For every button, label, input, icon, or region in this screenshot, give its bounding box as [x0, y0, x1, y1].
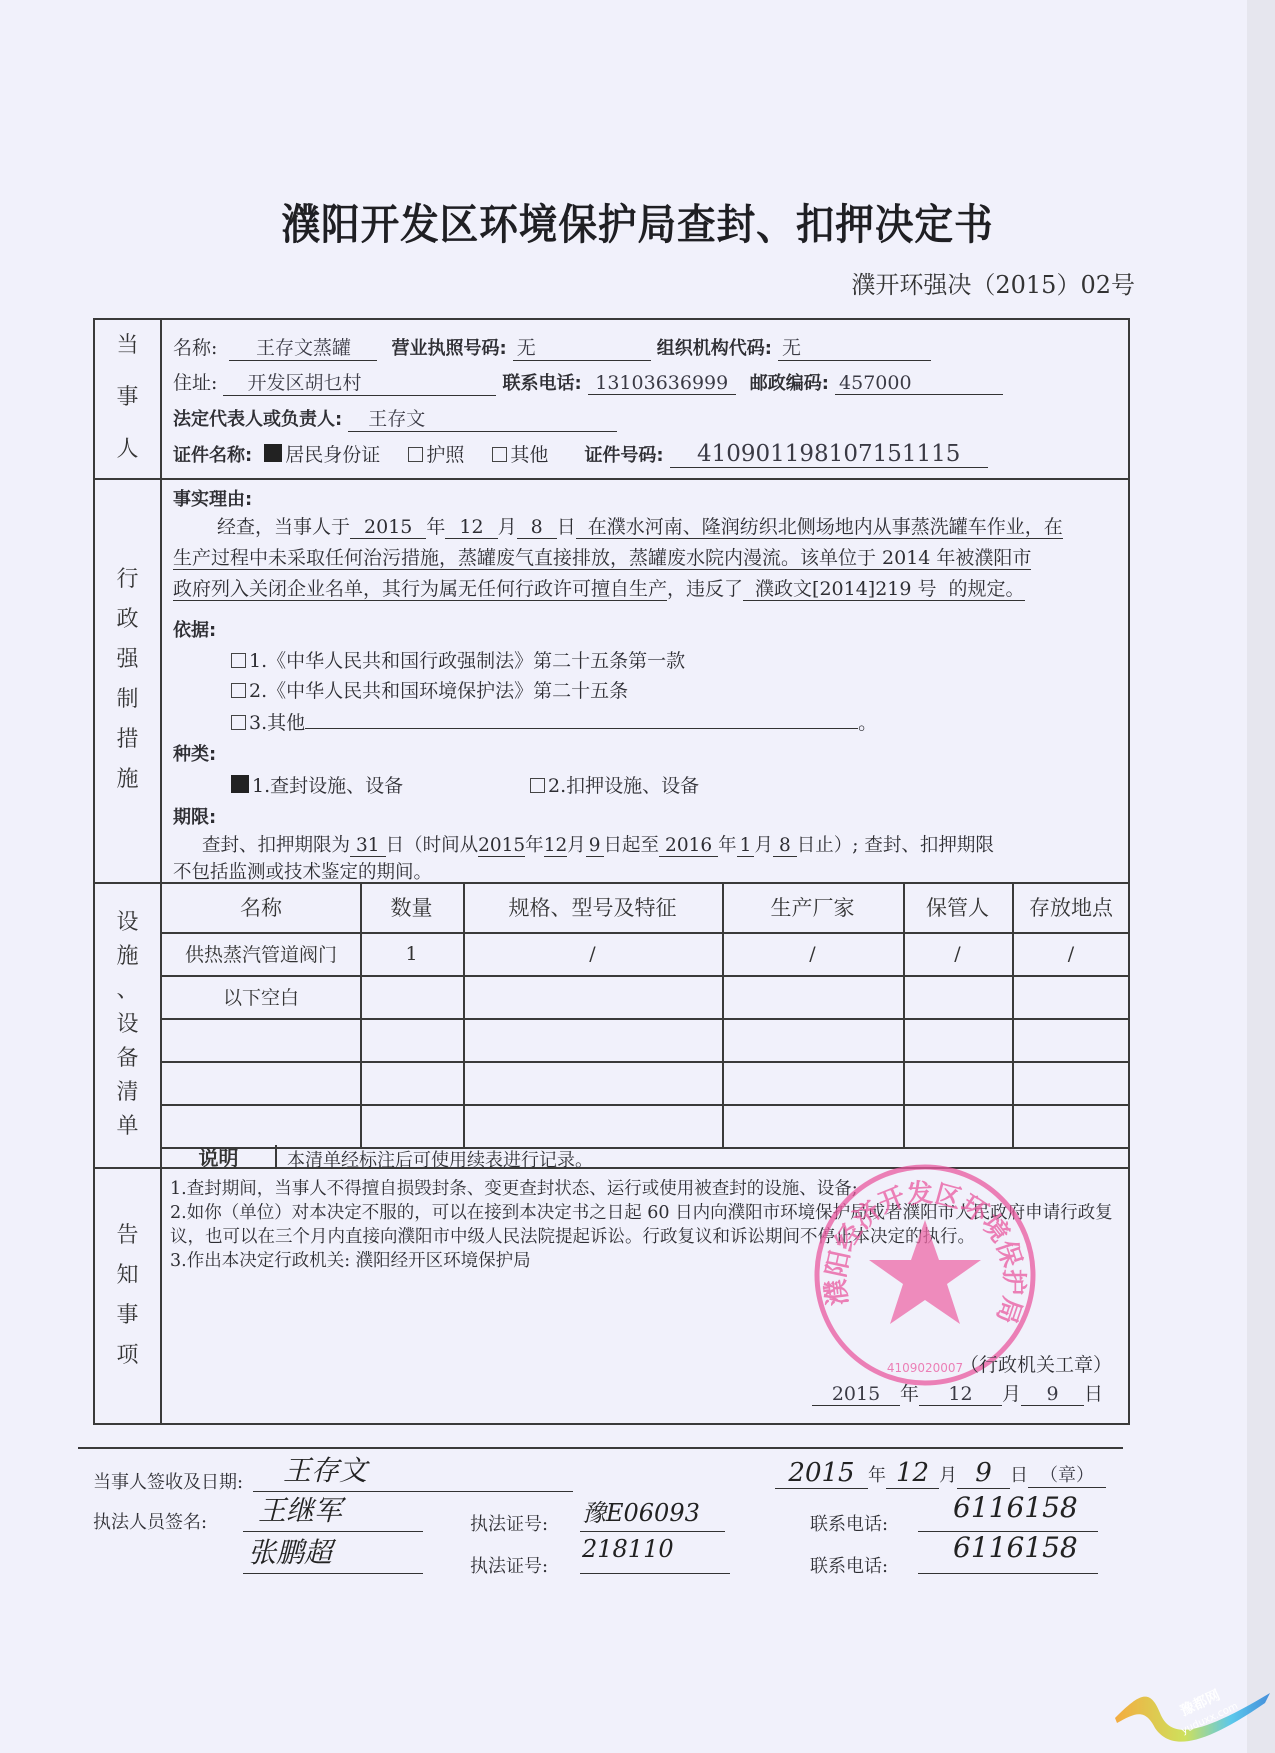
- section-label-notice: 告 知 事 项: [95, 1167, 160, 1425]
- date-unit: 月: [939, 1465, 957, 1486]
- date-unit: 年: [900, 1383, 919, 1405]
- notice-date-year: 2015: [812, 1383, 900, 1406]
- receipt-year: 2015: [775, 1458, 868, 1489]
- table-cell: [463, 1018, 722, 1061]
- table-cell: [903, 1104, 1012, 1147]
- facts-text: 生产过程中未采取任何治污措施，蒸罐废气直接排放，蒸罐废水院内漫流。该单位于 20…: [173, 547, 1031, 570]
- label-char: 施: [116, 940, 138, 974]
- party-name-row: 名称: 王存文蒸罐 营业执照号码: 无 组织机构代码: 无: [173, 333, 931, 361]
- term-to-day: 8: [773, 835, 797, 857]
- id-type-option[interactable]: 居民身份证: [264, 444, 380, 466]
- table-cell: [722, 975, 903, 1018]
- license-field: 无: [513, 333, 651, 361]
- basis-heading: 依据:: [173, 616, 216, 642]
- option-label: 护照: [426, 444, 464, 466]
- table-cell: 以下空白: [162, 975, 360, 1018]
- option-label: 2.扣押设施、设备: [548, 775, 699, 797]
- facts-line-3: 政府列入关闭企业名单，其行为属无任何行政许可擅自生产，违反了濮政文[2014]2…: [173, 574, 1123, 605]
- column-divider: [463, 882, 465, 1147]
- seal-code: 4109020007: [887, 1361, 963, 1375]
- cert-label: 执法证号:: [470, 1552, 548, 1578]
- label-char: 清: [116, 1076, 138, 1110]
- term-to-month: 1: [737, 835, 755, 857]
- footer-rule: [78, 1447, 1123, 1449]
- section-divider: [93, 478, 1130, 480]
- table-cell: [722, 1018, 903, 1061]
- receipt-signature: 王存文: [283, 1449, 367, 1489]
- facts-year: 2015: [350, 516, 426, 539]
- facts-text: 年: [426, 516, 445, 538]
- label-char: 人: [116, 424, 138, 476]
- receipt-label: 当事人签收及日期:: [93, 1468, 243, 1494]
- name-label: 名称:: [173, 337, 217, 359]
- cert-number: 218110: [582, 1535, 674, 1563]
- address-label: 住址:: [173, 372, 217, 394]
- facts-text: 的规定。: [949, 578, 1025, 601]
- label-char: 事: [116, 1296, 138, 1336]
- table-cell: [162, 1104, 360, 1147]
- notice-date-month: 12: [919, 1383, 1002, 1406]
- label-char: 施: [116, 760, 138, 800]
- date-unit: 年: [868, 1465, 886, 1486]
- checkbox-icon: [231, 683, 246, 698]
- table-cell: [162, 1018, 360, 1061]
- document-number: 濮开环强决（2015）02号: [851, 265, 1135, 300]
- checkbox-icon: [408, 447, 423, 462]
- officer-signature-field[interactable]: 张鹏超: [243, 1537, 423, 1574]
- phone-label: 联系电话:: [503, 373, 582, 394]
- org-code-field: 无: [778, 333, 931, 361]
- facts-regulation: 濮政文[2014]219 号: [743, 578, 948, 601]
- facts-paragraph: 经查，当事人于2015年12月8日在濮水河南、隆润纺织北侧场地内从事蒸洗罐车作业…: [173, 512, 1123, 605]
- receipt-date: 2015年12月9日（章）: [775, 1458, 1106, 1489]
- term-text: 查封、扣押期限为: [202, 835, 350, 856]
- checkbox-checked-icon: [264, 444, 282, 462]
- legal-rep-label: 法定代表人或负责人:: [173, 409, 342, 430]
- option-label: 居民身份证: [285, 444, 380, 466]
- table-cell: /: [1012, 932, 1130, 975]
- table-cell: 供热蒸汽管道阀门: [162, 932, 360, 975]
- officer-phone: 6116158: [953, 1491, 1078, 1524]
- phone-label: 联系电话:: [810, 1552, 888, 1578]
- column-header: 数量: [360, 882, 463, 932]
- facts-day: 8: [517, 516, 557, 539]
- type-option[interactable]: 1.查封设施、设备: [231, 771, 403, 798]
- receipt-month: 12: [886, 1458, 939, 1489]
- label-char: 当: [116, 320, 138, 372]
- officer-signature-field[interactable]: 王继军: [243, 1495, 423, 1532]
- label-column-divider: [160, 318, 162, 1425]
- term-line-2: 不包括监测或技术鉴定的期间。: [173, 858, 432, 884]
- label-char: 强: [116, 640, 138, 680]
- option-label: 1.《中华人民共和国行政强制法》第二十五条第一款: [249, 650, 685, 672]
- table-cell: [360, 1018, 463, 1061]
- cert-label: 执法证号:: [470, 1510, 548, 1536]
- column-header: 保管人: [903, 882, 1012, 932]
- table-cell: [722, 1104, 903, 1147]
- term-days: 31: [350, 835, 386, 857]
- label-char: 措: [116, 720, 138, 760]
- table-cell: [360, 1061, 463, 1104]
- section-label-measures: 行 政 强 制 措 施: [95, 478, 160, 882]
- term-line-1: 查封、扣押期限为31日（时间从2015年12月9日起至2016年1月8日止）; …: [202, 831, 994, 857]
- checkbox-icon: [492, 447, 507, 462]
- term-heading: 期限:: [173, 803, 216, 829]
- table-cell: [1012, 1061, 1130, 1104]
- column-header: 存放地点: [1012, 882, 1130, 932]
- cert-number: 豫E06093: [582, 1493, 700, 1528]
- facts-text: 在濮水河南、隆润纺织北侧场地内从事蒸洗罐车作业，在: [576, 516, 1063, 539]
- cert-field[interactable]: 218110: [580, 1539, 730, 1574]
- id-number-label: 证件号码:: [584, 445, 663, 466]
- facts-text: 政府列入关闭企业名单，其行为属无任何行政许可擅自生产: [173, 578, 667, 601]
- receipt-seal-mark: （章）: [1028, 1461, 1106, 1488]
- table-cell: /: [463, 932, 722, 975]
- checkbox-icon: [530, 778, 545, 793]
- column-divider: [722, 882, 724, 1147]
- checkbox-icon: [231, 715, 246, 730]
- facts-text: 月: [498, 516, 517, 538]
- term-text: 月: [754, 835, 773, 856]
- basis-option[interactable]: 2.《中华人民共和国环境保护法》第二十五条: [231, 676, 628, 703]
- address-field: 开发区胡乜村: [223, 368, 496, 396]
- table-cell: [360, 1104, 463, 1147]
- postcode-label: 邮政编码:: [750, 373, 829, 394]
- basis-option[interactable]: 3.其他。: [231, 706, 877, 735]
- option-label: 1.查封设施、设备: [252, 775, 403, 797]
- party-address-row: 住址: 开发区胡乜村 联系电话: 13103636999 邮政编码: 45700…: [173, 368, 1003, 396]
- column-divider: [1012, 882, 1014, 1147]
- postcode-field: 457000: [835, 372, 1003, 395]
- cert-field[interactable]: 豫E06093: [580, 1497, 725, 1532]
- table-cell: [463, 1104, 722, 1147]
- facts-heading: 事实理由:: [173, 485, 252, 511]
- section-label-party: 当 事 人: [95, 318, 160, 478]
- id-type-option[interactable]: 护照: [408, 444, 464, 466]
- facts-text: 日: [557, 516, 576, 538]
- receipt-signature-field[interactable]: 王存文: [253, 1455, 573, 1492]
- table-cell: 1: [360, 932, 463, 975]
- facts-text: 经查，当事人于: [217, 516, 350, 538]
- basis-other-field[interactable]: [305, 706, 858, 729]
- scan-page-edge: [1247, 0, 1275, 1753]
- facts-line-1: 经查，当事人于2015年12月8日在濮水河南、隆润纺织北侧场地内从事蒸洗罐车作业…: [173, 512, 1123, 543]
- term-text: 日止）; 查封、扣押期限: [797, 835, 994, 856]
- phone-label: 联系电话:: [810, 1510, 888, 1536]
- table-cell: [722, 1061, 903, 1104]
- id-number-field: 410901198107151115: [670, 441, 988, 468]
- section-label-equipment: 设 施 、 设 备 清 单: [95, 882, 160, 1167]
- table-cell: [162, 1061, 360, 1104]
- term-text: 年: [718, 835, 737, 856]
- id-type-option[interactable]: 其他: [492, 444, 548, 466]
- column-header: 规格、型号及特征: [463, 882, 722, 932]
- officer-phone: 6116158: [953, 1531, 1078, 1564]
- term-text: 日起至: [604, 835, 660, 856]
- legal-rep-field: 王存文: [348, 404, 617, 432]
- party-id-row: 证件名称: 居民身份证 护照 其他 证件号码: 4109011981071511…: [173, 440, 988, 468]
- date-unit: 日: [1084, 1383, 1103, 1405]
- term-text: 年: [525, 835, 544, 856]
- basis-option[interactable]: 1.《中华人民共和国行政强制法》第二十五条第一款: [231, 646, 685, 673]
- site-watermark-logo-icon: 豫都网 yuduxx.com: [1105, 1658, 1275, 1753]
- checkbox-checked-icon: [231, 775, 249, 793]
- officer-signature: 张鹏超: [248, 1531, 332, 1571]
- license-label: 营业执照号码:: [392, 338, 507, 359]
- table-cell: [903, 1018, 1012, 1061]
- label-char: 知: [116, 1256, 138, 1296]
- column-header: 名称: [162, 882, 360, 932]
- label-char: 单: [116, 1110, 138, 1144]
- term-to-year: 2016: [659, 835, 718, 857]
- label-char: 告: [116, 1216, 138, 1256]
- table-cell: [1012, 1104, 1130, 1147]
- option-label: 其他: [510, 444, 548, 466]
- notice-date: 2015年12月9日: [812, 1379, 1103, 1406]
- table-cell: [903, 1061, 1012, 1104]
- seal-caption: （行政机关工章）: [960, 1350, 1112, 1377]
- phone-field: 13103636999: [588, 372, 736, 395]
- table-cell: [463, 975, 722, 1018]
- label-char: 行: [116, 560, 138, 600]
- officer-phone-field[interactable]: 6116158: [918, 1497, 1098, 1532]
- term-from-day: 9: [586, 835, 604, 857]
- officer-signature: 王继军: [258, 1489, 342, 1529]
- type-option[interactable]: 2.扣押设施、设备: [530, 771, 699, 798]
- type-heading: 种类:: [173, 740, 216, 766]
- option-label: 3.其他: [249, 712, 305, 734]
- officer-label: 执法人员签名:: [93, 1508, 207, 1534]
- term-from-year: 2015: [478, 835, 525, 857]
- note-text: 本清单经标注后可使用续表进行记录。: [287, 1146, 593, 1172]
- document-title: 濮阳开发区环境保护局查封、扣押决定书: [51, 192, 1224, 252]
- term-text: 月: [567, 835, 586, 856]
- label-char: 制: [116, 680, 138, 720]
- date-unit: 日: [1010, 1465, 1028, 1486]
- table-cell: [1012, 1018, 1130, 1061]
- column-header: 生产厂家: [722, 882, 903, 932]
- term-text: 日（时间从: [386, 835, 479, 856]
- facts-month: 12: [445, 516, 497, 539]
- label-char: 、: [116, 974, 138, 1008]
- name-field: 王存文蒸罐: [229, 333, 377, 361]
- period-mark: 。: [858, 712, 877, 734]
- table-cell: [1012, 975, 1130, 1018]
- column-divider: [903, 882, 905, 1147]
- label-char: 项: [116, 1336, 138, 1376]
- party-legal-rep-row: 法定代表人或负责人: 王存文: [173, 404, 617, 432]
- facts-text: ，违反了: [667, 578, 743, 600]
- officer-phone-field[interactable]: 6116158: [918, 1539, 1098, 1574]
- column-divider: [360, 882, 362, 1147]
- label-char: 备: [116, 1042, 138, 1076]
- label-char: 设: [116, 1008, 138, 1042]
- label-char: 事: [116, 372, 138, 424]
- org-code-label: 组织机构代码:: [657, 338, 772, 359]
- facts-line-2: 生产过程中未采取任何治污措施，蒸罐废气直接排放，蒸罐废水院内漫流。该单位于 20…: [173, 543, 1123, 574]
- receipt-day: 9: [957, 1458, 1010, 1489]
- note-label: 说明: [162, 1145, 275, 1167]
- option-label: 2.《中华人民共和国环境保护法》第二十五条: [249, 680, 628, 702]
- notice-date-day: 9: [1021, 1383, 1084, 1406]
- note-divider: [275, 1145, 277, 1167]
- date-unit: 月: [1002, 1383, 1021, 1405]
- checkbox-icon: [231, 653, 246, 668]
- table-cell: [903, 975, 1012, 1018]
- term-from-month: 12: [544, 835, 568, 857]
- table-cell: [360, 975, 463, 1018]
- id-type-label: 证件名称:: [173, 445, 252, 466]
- label-char: 政: [116, 600, 138, 640]
- label-char: 设: [116, 906, 138, 940]
- table-cell: /: [903, 932, 1012, 975]
- table-cell: [463, 1061, 722, 1104]
- table-cell: /: [722, 932, 903, 975]
